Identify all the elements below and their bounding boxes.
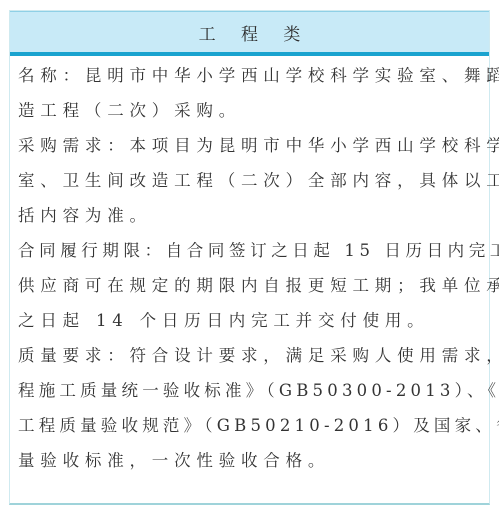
section-name: 名称：昆明市中华小学西山学校科学实验室、舞蹈室、卫生间改 造工程（二次）采购。 (18, 58, 489, 128)
text-line: 名称：昆明市中华小学西山学校科学实验室、舞蹈室、卫生间改 (18, 58, 489, 93)
section-contract-period: 合同履行期限：自合同签订之日起 15 日历日内完工并交付使用， 供应商可在规定的… (18, 233, 489, 338)
text-line: 量验收标准，一次性验收合格。 (18, 443, 489, 478)
card-title: 工 程 类 (189, 20, 311, 45)
text-line: 工程质量验收规范》（GB50210-2016）及国家、省、市现行的质 (18, 408, 489, 443)
text-line: 室、卫生间改造工程（二次）全部内容，具体以工程量清单所包 (18, 163, 489, 198)
card-header: 工 程 类 (10, 11, 489, 56)
text-line: 合同履行期限：自合同签订之日起 15 日历日内完工并交付使用， (18, 233, 489, 268)
text-line: 造工程（二次）采购。 (18, 93, 489, 128)
text-line: 采购需求：本项目为昆明市中华小学西山学校科学实验室、舞蹈 (18, 128, 489, 163)
section-quality: 质量要求：符合设计要求，满足采购人使用需求，执行《建筑工 程施工质量统一验收标准… (18, 338, 489, 478)
text-line: 之日起 14 个日历日内完工并交付使用。 (18, 303, 489, 338)
text-line: 程施工质量统一验收标准》（GB50300-2013）、《建筑装饰装修 (18, 373, 489, 408)
section-requirement: 采购需求：本项目为昆明市中华小学西山学校科学实验室、舞蹈 室、卫生间改造工程（二… (18, 128, 489, 233)
card-body: 名称：昆明市中华小学西山学校科学实验室、舞蹈室、卫生间改 造工程（二次）采购。 … (10, 56, 489, 478)
text-line: 括内容为准。 (18, 198, 489, 233)
text-line: 质量要求：符合设计要求，满足采购人使用需求，执行《建筑工 (18, 338, 489, 373)
text-line: 供应商可在规定的期限内自报更短工期；我单位承诺自合同签订 (18, 268, 489, 303)
engineering-info-card: 工 程 类 名称：昆明市中华小学西山学校科学实验室、舞蹈室、卫生间改 造工程（二… (9, 10, 490, 505)
